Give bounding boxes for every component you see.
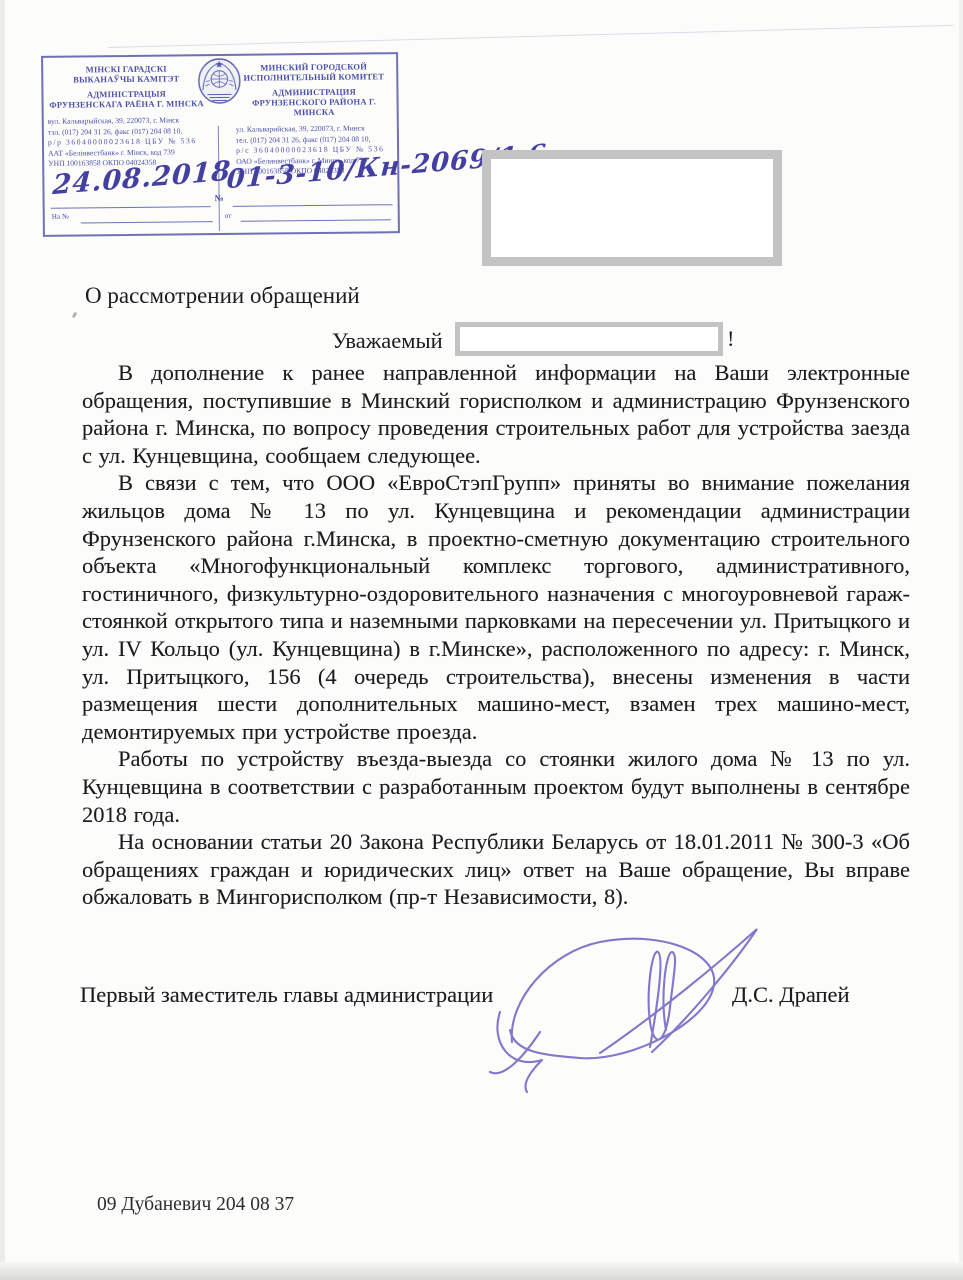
paragraph: Работы по устройству въезда-выезда со ст… [82, 745, 910, 828]
signer-title: Первый заместитель главы администрации [80, 982, 493, 1008]
scan-edge-bottom [0, 1262, 963, 1280]
scan-speck [72, 312, 77, 319]
org-corner-stamp: МІНСКІ ГАРАДСКІ ВЫКАНАЎЧЫ КАМІТЭТ АДМІНІ… [41, 52, 400, 237]
belarus-coat-of-arms-icon [197, 58, 241, 104]
incoming-number-underline [81, 221, 213, 223]
org-name-line: ИСПОЛНИТЕЛЬНЫЙ КОМИТЕТ [235, 71, 392, 83]
scan-artifact-line [108, 25, 954, 48]
incoming-date-label: от [225, 212, 232, 220]
subject-line: О рассмотрении обращений [85, 283, 360, 309]
salutation-prefix: Уважаемый [332, 328, 443, 354]
number-sign-label: № [215, 193, 224, 203]
signer-name: Д.С. Драпей [732, 982, 850, 1008]
salutation-exclamation: ! [727, 326, 735, 352]
letter-body: В дополнение к ранее направленной информ… [82, 359, 910, 911]
scan-edge-left [0, 0, 5, 1280]
scanned-letter-page: МІНСКІ ГАРАДСКІ ВЫКАНАЎЧЫ КАМІТЭТ АДМІНІ… [0, 0, 963, 1280]
org-name-line: ФРУНЗЕНСКАГА РАЁНА Г. МІНСКА [48, 98, 206, 110]
redacted-addressee-box [482, 150, 782, 266]
stamp-column-belarusian: МІНСКІ ГАРАДСКІ ВЫКАНАЎЧЫ КАМІТЭТ АДМІНІ… [47, 63, 206, 170]
paragraph: В дополнение к ранее направленной информ… [82, 359, 910, 469]
org-name-line: ВЫКАНАЎЧЫ КАМІТЭТ [47, 73, 205, 85]
redacted-name-box [455, 322, 723, 356]
scan-edge-right [959, 0, 963, 1280]
paragraph: В связи с тем, что ООО «ЕвроСтэпГрупп» п… [82, 469, 910, 745]
executor-note: 09 Дубаневич 204 08 37 [97, 1194, 294, 1216]
incoming-number-label: На № [52, 213, 69, 221]
paragraph: На основании статьи 20 Закона Республики… [82, 828, 910, 911]
incoming-date-underline [241, 219, 391, 222]
date-underline [51, 206, 211, 209]
address-line: р/р 36040000023618 ЦБУ № 536 [48, 136, 206, 148]
org-name-line: ФРУНЗЕНСКОГО РАЙОНА Г. МИНСКА [236, 96, 393, 118]
number-underline [233, 204, 393, 207]
